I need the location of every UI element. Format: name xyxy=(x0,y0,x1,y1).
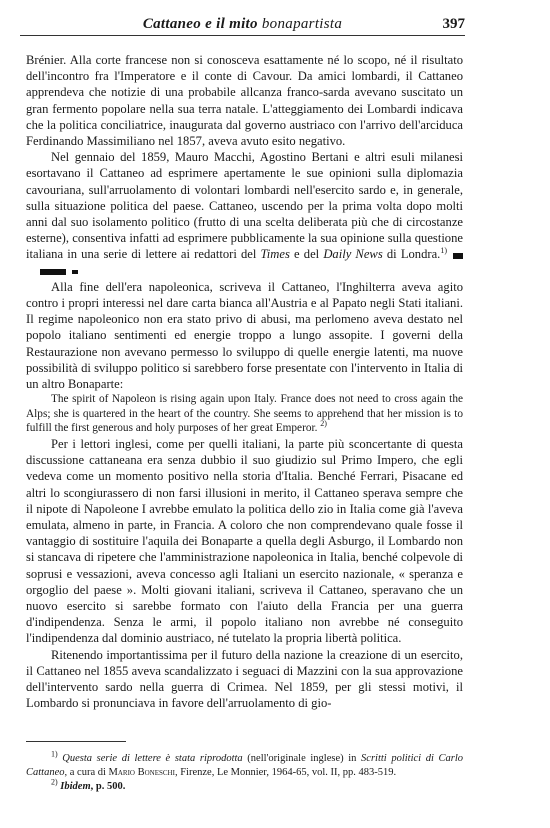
redaction-mark xyxy=(40,269,66,275)
running-header: Cattaneo e il mito bonapartista 397 xyxy=(20,14,465,38)
block-quote: The spirit of Napoleon is rising again u… xyxy=(26,392,463,436)
paragraph: Alla fine dell'era napoleonica, scriveva… xyxy=(26,279,463,392)
paragraph-text: di Londra. xyxy=(383,247,441,261)
running-title-main: Cattaneo e il mito xyxy=(143,16,258,32)
paragraph-text: e del xyxy=(290,247,323,261)
footnote-ref[interactable]: 1) xyxy=(440,246,447,255)
paragraph: Ritenendo importantissima per il futuro … xyxy=(26,647,463,712)
page-number: 397 xyxy=(443,16,466,33)
paragraph: Per i lettori inglesi, come per quelli i… xyxy=(26,436,463,647)
paragraph: Brénier. Alla corte francese non si cono… xyxy=(26,52,463,149)
footnote: 2) Ibidem, p. 500. xyxy=(26,780,463,794)
header-rule xyxy=(20,35,465,36)
quote-text: The spirit of Napoleon is rising again u… xyxy=(26,393,463,434)
running-title-secondary: bonapartista xyxy=(258,16,342,32)
newspaper-title: Daily News xyxy=(323,247,382,261)
paragraph: Nel gennaio del 1859, Mauro Macchi, Agos… xyxy=(26,149,463,279)
footnote-text: , a cura di xyxy=(65,767,109,778)
footnote-text: , p. 500. xyxy=(91,781,126,792)
newspaper-title: Times xyxy=(261,247,290,261)
footnote-text: , Firenze, Le Monnier, 1964-65, vol. II,… xyxy=(175,767,396,778)
editor-name: Mario Boneschi xyxy=(109,767,175,778)
footnote-text: (nell'originale inglese) in xyxy=(243,753,361,764)
paragraph-text: Nel gennaio del 1859, Mauro Macchi, Agos… xyxy=(26,150,463,261)
running-title: Cattaneo e il mito bonapartista xyxy=(20,16,465,33)
body-text: Brénier. Alla corte francese non si cono… xyxy=(26,52,463,712)
footnote-ref[interactable]: 2) xyxy=(320,420,327,429)
footnotes: 1) Questa serie di lettere è stata ripro… xyxy=(26,752,463,795)
redaction-mark xyxy=(453,253,463,259)
redaction-mark xyxy=(72,270,78,274)
footnote-text: Ibidem xyxy=(60,781,90,792)
footnote-rule xyxy=(26,741,126,742)
footnote: 1) Questa serie di lettere è stata ripro… xyxy=(26,752,463,780)
footnote-marker: 2) xyxy=(51,778,58,787)
footnote-text: Questa serie di lettere è stata riprodot… xyxy=(62,753,242,764)
footnote-marker: 1) xyxy=(51,750,58,759)
